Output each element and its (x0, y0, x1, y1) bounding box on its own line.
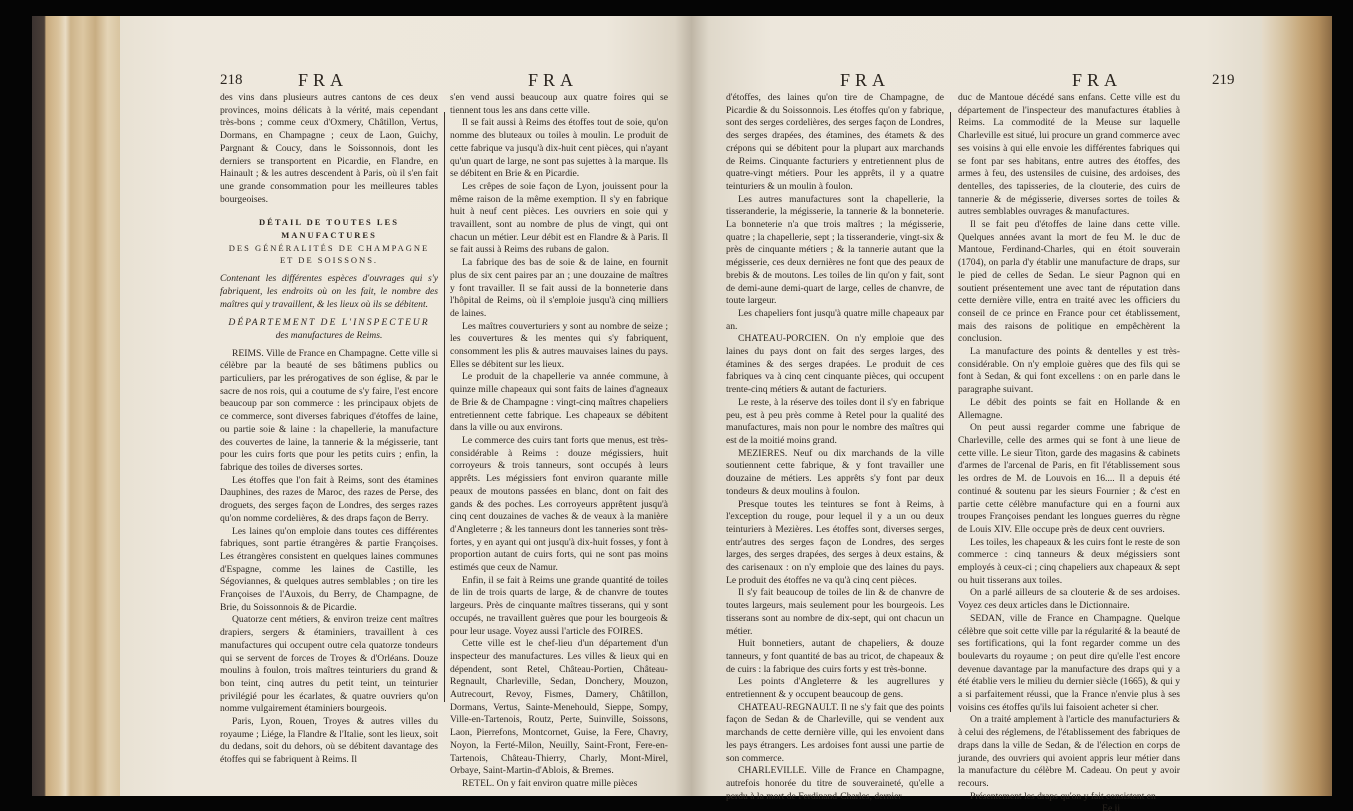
paragraph: Le reste, à la réserve des toiles dont i… (726, 397, 944, 448)
paragraph: Il se fait aussi à Reims des étoffes tou… (450, 117, 668, 181)
paragraph: Les étoffes que l'on fait à Reims, sont … (220, 475, 438, 526)
paragraph: La manufacture des points & dentelles y … (958, 346, 1180, 397)
paragraph: Cette ville est le chef-lieu d'un départ… (450, 638, 668, 778)
paragraph: Le produit de la chapellerie va année co… (450, 371, 668, 435)
paragraph: Les autres manufactures sont la chapelle… (726, 194, 944, 308)
paragraph: On a parlé ailleurs de sa clouterie & de… (958, 587, 1180, 612)
department-heading: des manufactures de Reims. (220, 330, 438, 343)
right-page-edges (1262, 16, 1332, 796)
page-number: 219 (1212, 72, 1235, 89)
running-head-left-col2: FRA (528, 70, 578, 91)
paragraph: s'en vend aussi beaucoup aux quatre foir… (450, 92, 668, 117)
paragraph: Le commerce des cuirs tant forts que men… (450, 435, 668, 575)
paragraph: Les chapeliers font jusqu'à quatre mille… (726, 308, 944, 333)
paragraph: CHATEAU-PORCIEN. On n'y emploie que des … (726, 333, 944, 397)
paragraph: Présentement les draps qu'on y fait cons… (958, 791, 1180, 804)
left-page-column-2: s'en vend aussi beaucoup aux quatre foir… (450, 92, 668, 791)
paragraph: Presque toutes les teintures se font à R… (726, 499, 944, 588)
left-page-column-1: des vins dans plusieurs autres cantons d… (220, 92, 438, 767)
paragraph: Les toiles, les chapeaux & les cuirs fon… (958, 537, 1180, 588)
paragraph: d'étoffes, des laines qu'on tire de Cham… (726, 92, 944, 194)
left-page-edges (32, 16, 120, 796)
running-head-right: FRA (840, 70, 890, 91)
paragraph: Il se fait peu d'étoffes de laine dans c… (958, 219, 1180, 346)
open-book: 218 FRA FRA des vins dans plusieurs autr… (32, 16, 1332, 796)
section-title: ET DE SOISSONS. (220, 254, 438, 267)
paragraph: Les points d'Angleterre & les augrellure… (726, 676, 944, 701)
paragraph: Il s'y fait beaucoup de toiles de lin & … (726, 587, 944, 638)
column-divider (950, 112, 951, 712)
section-subtitle: Contenant les différentes espèces d'ouvr… (220, 273, 438, 311)
column-divider (444, 112, 445, 702)
paragraph: RETEL. On y fait environ quatre mille pi… (450, 778, 668, 791)
paragraph: Huit bonnetiers, autant de chapeliers, &… (726, 638, 944, 676)
right-page-column-2: duc de Mantoue décédé sans enfans. Cette… (958, 92, 1180, 811)
paragraph: Enfin, il se fait à Reims une grande qua… (450, 575, 668, 639)
paragraph: On peut aussi regarder comme une fabriqu… (958, 422, 1180, 536)
paragraph: REIMS. Ville de France en Champagne. Cet… (220, 348, 438, 475)
paragraph: CHARLEVILLE. Ville de France en Champagn… (726, 765, 944, 803)
paragraph: Les maîtres couverturiers y sont au nomb… (450, 321, 668, 372)
section-title: DES GÉNÉRALITÉS DE CHAMPAGNE (220, 242, 438, 255)
paragraph: Paris, Lyon, Rouen, Troyes & autres vill… (220, 716, 438, 767)
paragraph: La fabrique des bas de soie & de laine, … (450, 257, 668, 321)
page-219: FRA FRA 219 d'étoffes, des laines qu'on … (692, 16, 1262, 796)
paragraph: Quatorze cent métiers, & environ treize … (220, 614, 438, 716)
signature-mark: Ee ij (958, 803, 1180, 811)
paragraph: SEDAN, ville de France en Champagne. Que… (958, 613, 1180, 715)
department-heading: DÉPARTEMENT DE L'INSPECTEUR (220, 317, 438, 330)
paragraph: Les laines qu'on emploie dans toutes ces… (220, 526, 438, 615)
right-page-column-1: d'étoffes, des laines qu'on tire de Cham… (726, 92, 944, 803)
paragraph: On a traité amplement à l'article des ma… (958, 714, 1180, 790)
paragraph: Les crêpes de soie façon de Lyon, jouiss… (450, 181, 668, 257)
paragraph: duc de Mantoue décédé sans enfans. Cette… (958, 92, 1180, 219)
running-head-left: FRA (298, 70, 348, 91)
paragraph: CHATEAU-REGNAULT. Il ne s'y fait que des… (726, 702, 944, 766)
paragraph: Le débit des points se fait en Hollande … (958, 397, 1180, 422)
section-title: DÉTAIL DE TOUTES LES MANUFACTURES (220, 216, 438, 241)
running-head-right-col2: FRA (1072, 70, 1122, 91)
page-number: 218 (220, 72, 243, 89)
paragraph: des vins dans plusieurs autres cantons d… (220, 92, 438, 206)
paragraph: MEZIERES. Neuf ou dix marchands de la vi… (726, 448, 944, 499)
page-218: 218 FRA FRA des vins dans plusieurs autr… (120, 16, 692, 796)
